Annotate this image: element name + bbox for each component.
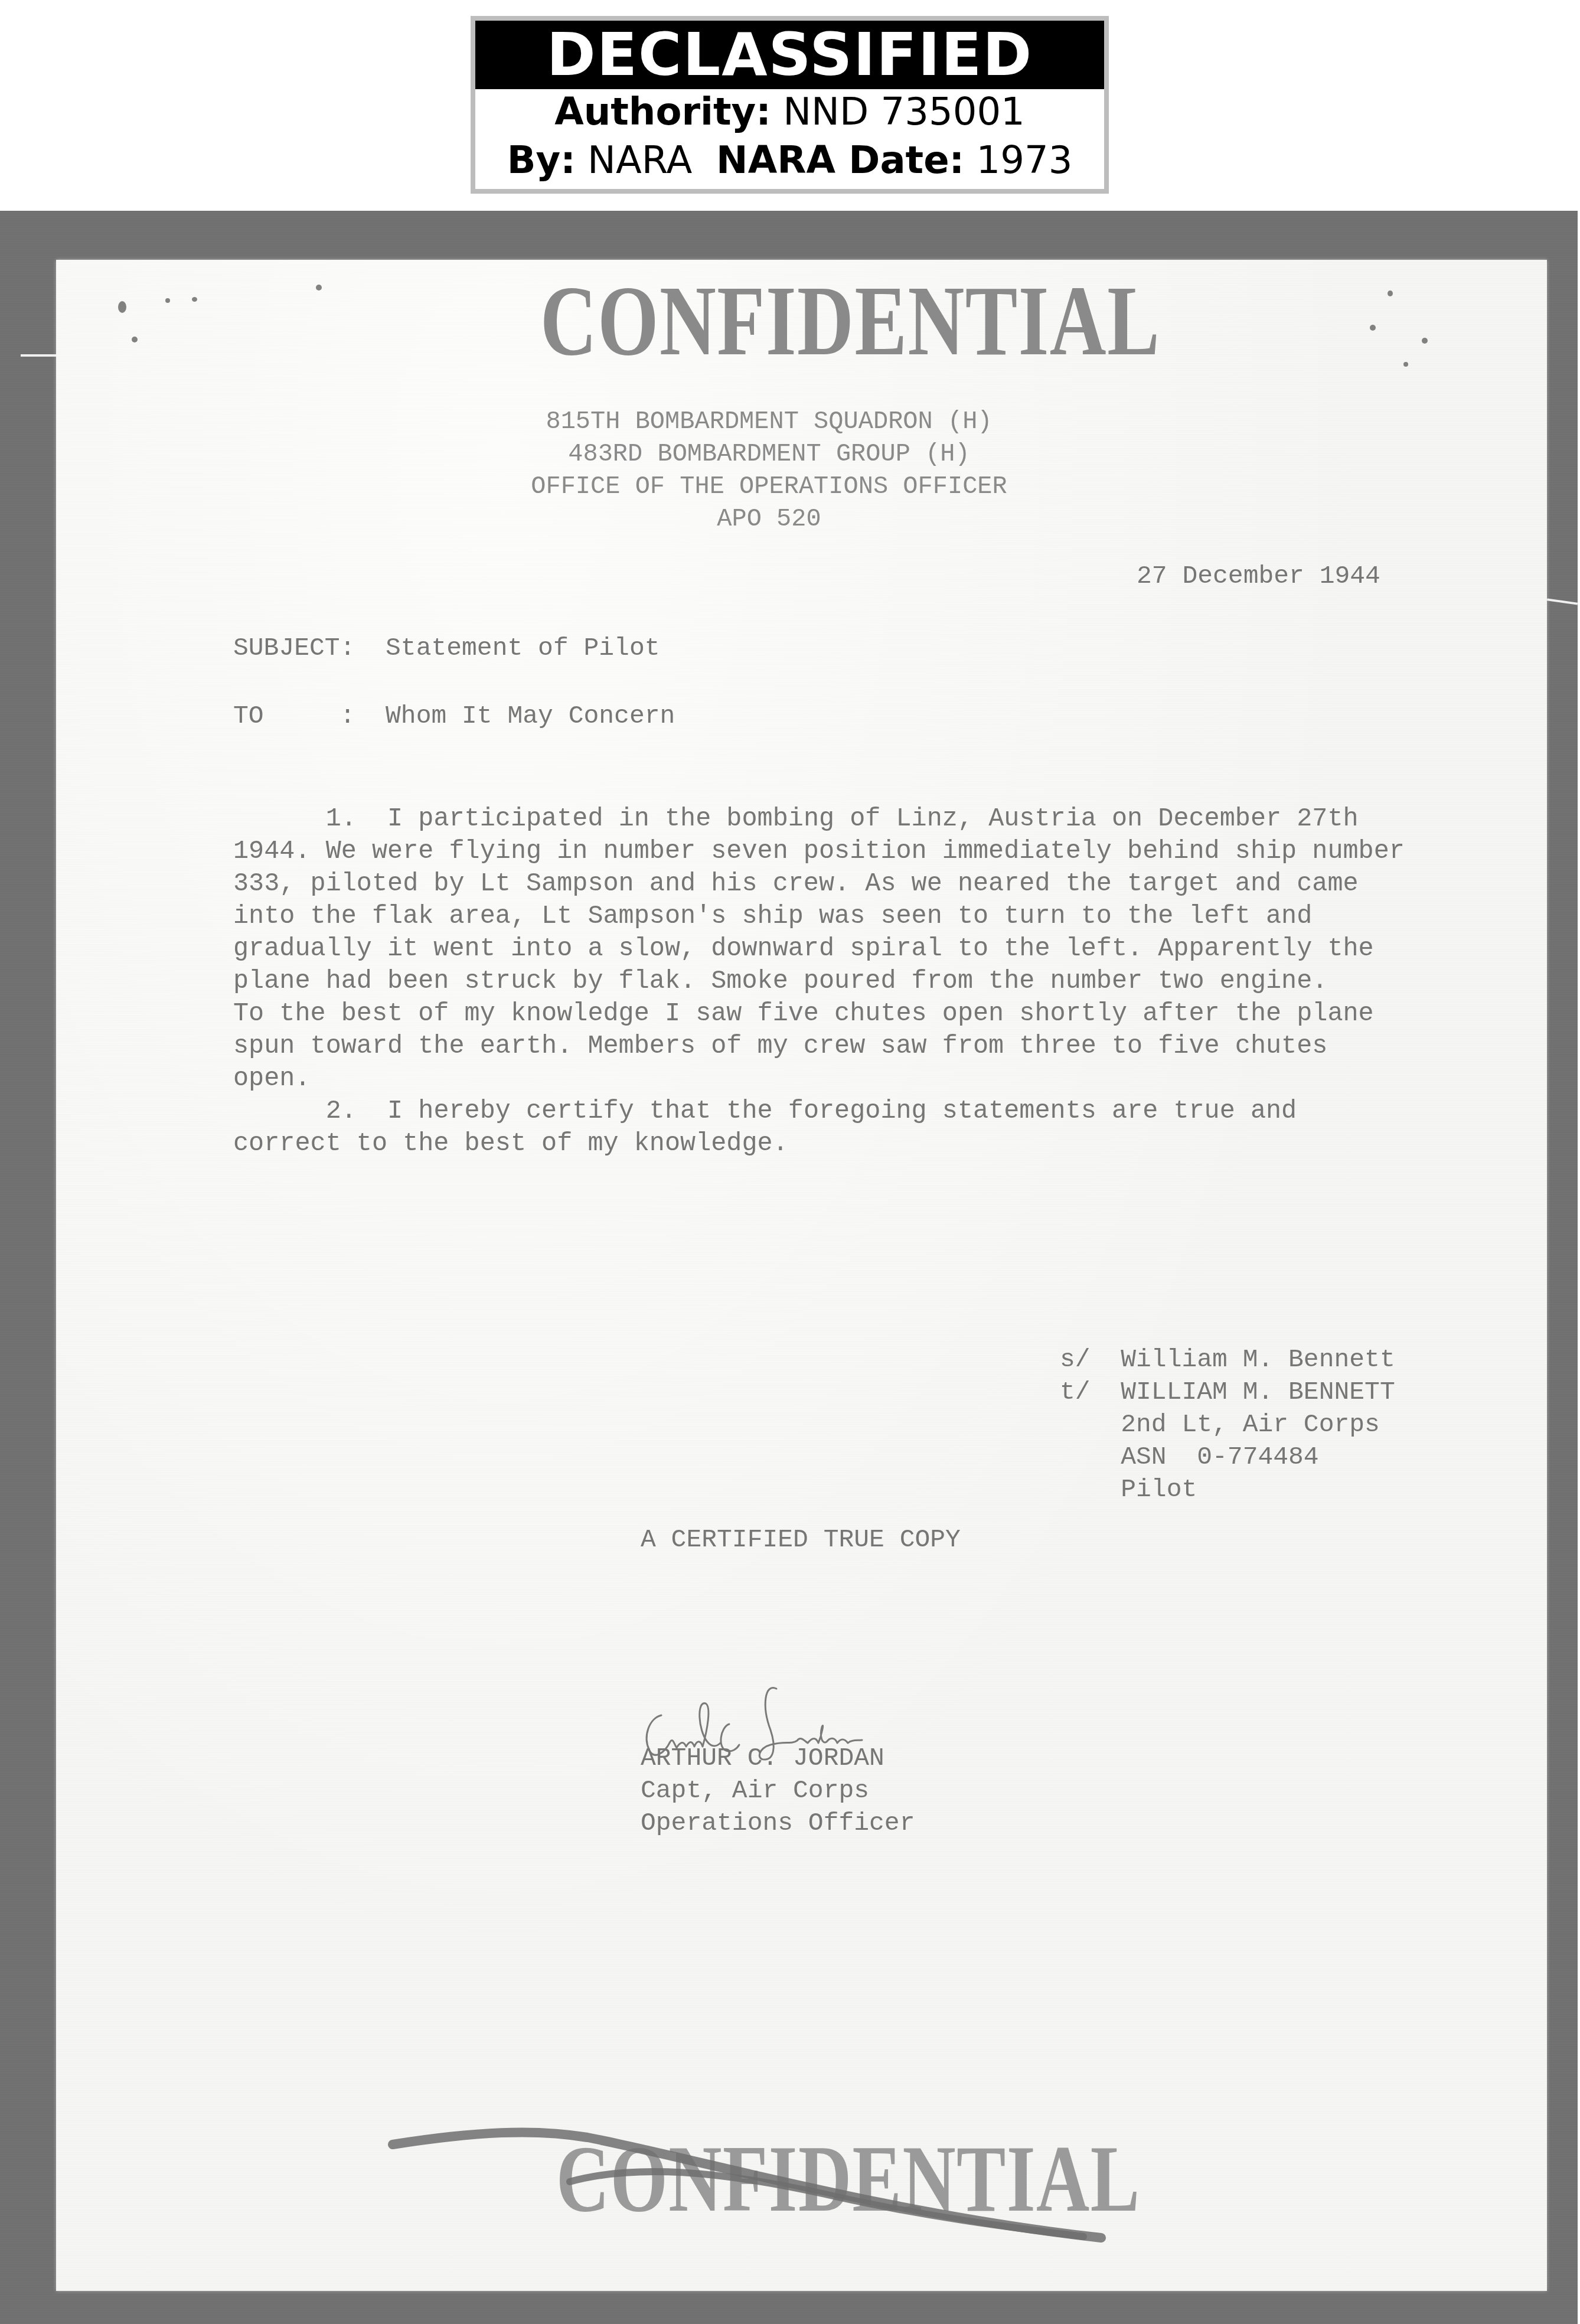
- subject-value: Statement of Pilot: [386, 634, 660, 662]
- document-page: CONFIDENTIAL 815TH BOMBARDMENT SQUADRON …: [56, 260, 1547, 2291]
- speck: [132, 337, 138, 342]
- body-line: into the flak area, Lt Sampson's ship wa…: [233, 900, 1405, 933]
- authority-label: Authority:: [554, 90, 771, 134]
- typed-prefix: t/: [1060, 1378, 1091, 1406]
- signed-prefix: s/: [1060, 1345, 1091, 1374]
- nara-date-value: 1973: [977, 139, 1073, 182]
- classification-stamp-top: CONFIDENTIAL: [540, 270, 1160, 371]
- paragraph-number: 2.: [326, 1097, 357, 1126]
- letterhead-line: OFFICE OF THE OPERATIONS OFFICER: [24, 471, 1514, 503]
- nara-date-label: NARA Date:: [716, 139, 964, 182]
- letterhead-line: 483RD BOMBARDMENT GROUP (H): [24, 438, 1514, 471]
- certifier-title: Operations Officer: [641, 1807, 915, 1839]
- signatory-rank: 2nd Lt, Air Corps: [1121, 1410, 1380, 1439]
- body-line: open.: [233, 1063, 1405, 1095]
- authority-value: NND 735001: [783, 90, 1025, 134]
- body-line: 1944. We were flying in number seven pos…: [233, 835, 1405, 868]
- speck: [1403, 362, 1408, 367]
- declassification-authority: Authority: NND 735001: [475, 90, 1104, 134]
- signatory-block: s/ William M. Bennettt/ WILLIAM M. BENNE…: [1060, 1343, 1395, 1506]
- certification-line: A CERTIFIED TRUE COPY: [641, 1523, 961, 1556]
- to-label: TO: [233, 701, 264, 730]
- certifier-rank: Capt, Air Corps: [641, 1774, 915, 1807]
- letterhead-line: APO 520: [24, 503, 1514, 536]
- body-line: gradually it went into a slow, downward …: [233, 933, 1405, 965]
- speck: [118, 301, 126, 313]
- paragraph-2: 2. I hereby certify that the foregoing s…: [233, 1095, 1405, 1160]
- speck: [1370, 325, 1376, 331]
- to-value: Whom It May Concern: [386, 701, 675, 730]
- paragraph-1: 1. I participated in the bombing of Linz…: [233, 803, 1405, 1095]
- document-date: 27 December 1944: [1137, 560, 1380, 592]
- strike-through-marks: [387, 2102, 1154, 2256]
- body-line: spun toward the earth. Members of my cre…: [233, 1030, 1405, 1063]
- speck: [316, 285, 322, 290]
- body-line: 333, piloted by Lt Sampson and his crew.…: [233, 868, 1405, 900]
- body-line: I hereby certify that the foregoing stat…: [387, 1097, 1297, 1126]
- declassified-title: DECLASSIFIED: [475, 21, 1104, 89]
- body-line: I participated in the bombing of Linz, A…: [387, 805, 1359, 834]
- body-line: correct to the best of my knowledge.: [233, 1128, 1405, 1160]
- body-line: To the best of my knowledge I saw five c…: [233, 998, 1405, 1030]
- speck: [165, 298, 170, 303]
- speck: [1422, 338, 1428, 344]
- by-label: By:: [507, 139, 576, 182]
- declassification-by-date: By: NARA NARA Date: 1973: [475, 139, 1104, 182]
- by-value: NARA: [587, 139, 692, 182]
- declassification-stamp: DECLASSIFIED Authority: NND 735001 By: N…: [471, 16, 1109, 194]
- statement-body: 1. I participated in the bombing of Linz…: [233, 803, 1405, 1160]
- certifier-block: ARTHUR C. JORDANCapt, Air CorpsOperation…: [641, 1742, 915, 1839]
- speck: [192, 297, 197, 302]
- to-line: TO : Whom It May Concern: [233, 700, 675, 732]
- letterhead: 815TH BOMBARDMENT SQUADRON (H)483RD BOMB…: [24, 406, 1514, 536]
- signatory-role: Pilot: [1121, 1475, 1197, 1504]
- signatory-asn: ASN 0-774484: [1121, 1442, 1318, 1471]
- subject-line: SUBJECT: Statement of Pilot: [233, 632, 660, 664]
- signed-name: William M. Bennett: [1121, 1345, 1395, 1374]
- scan-frame: CONFIDENTIAL 815TH BOMBARDMENT SQUADRON …: [0, 211, 1578, 2324]
- paragraph-number: 1.: [326, 805, 357, 834]
- letterhead-line: 815TH BOMBARDMENT SQUADRON (H): [24, 406, 1514, 438]
- subject-label: SUBJECT:: [233, 634, 355, 662]
- certifier-name: ARTHUR C. JORDAN: [641, 1742, 915, 1774]
- scan-scratch: [1547, 598, 1578, 605]
- typed-name: WILLIAM M. BENNETT: [1121, 1378, 1395, 1406]
- speck: [1388, 290, 1393, 296]
- body-line: plane had been struck by flak. Smoke pou…: [233, 965, 1405, 998]
